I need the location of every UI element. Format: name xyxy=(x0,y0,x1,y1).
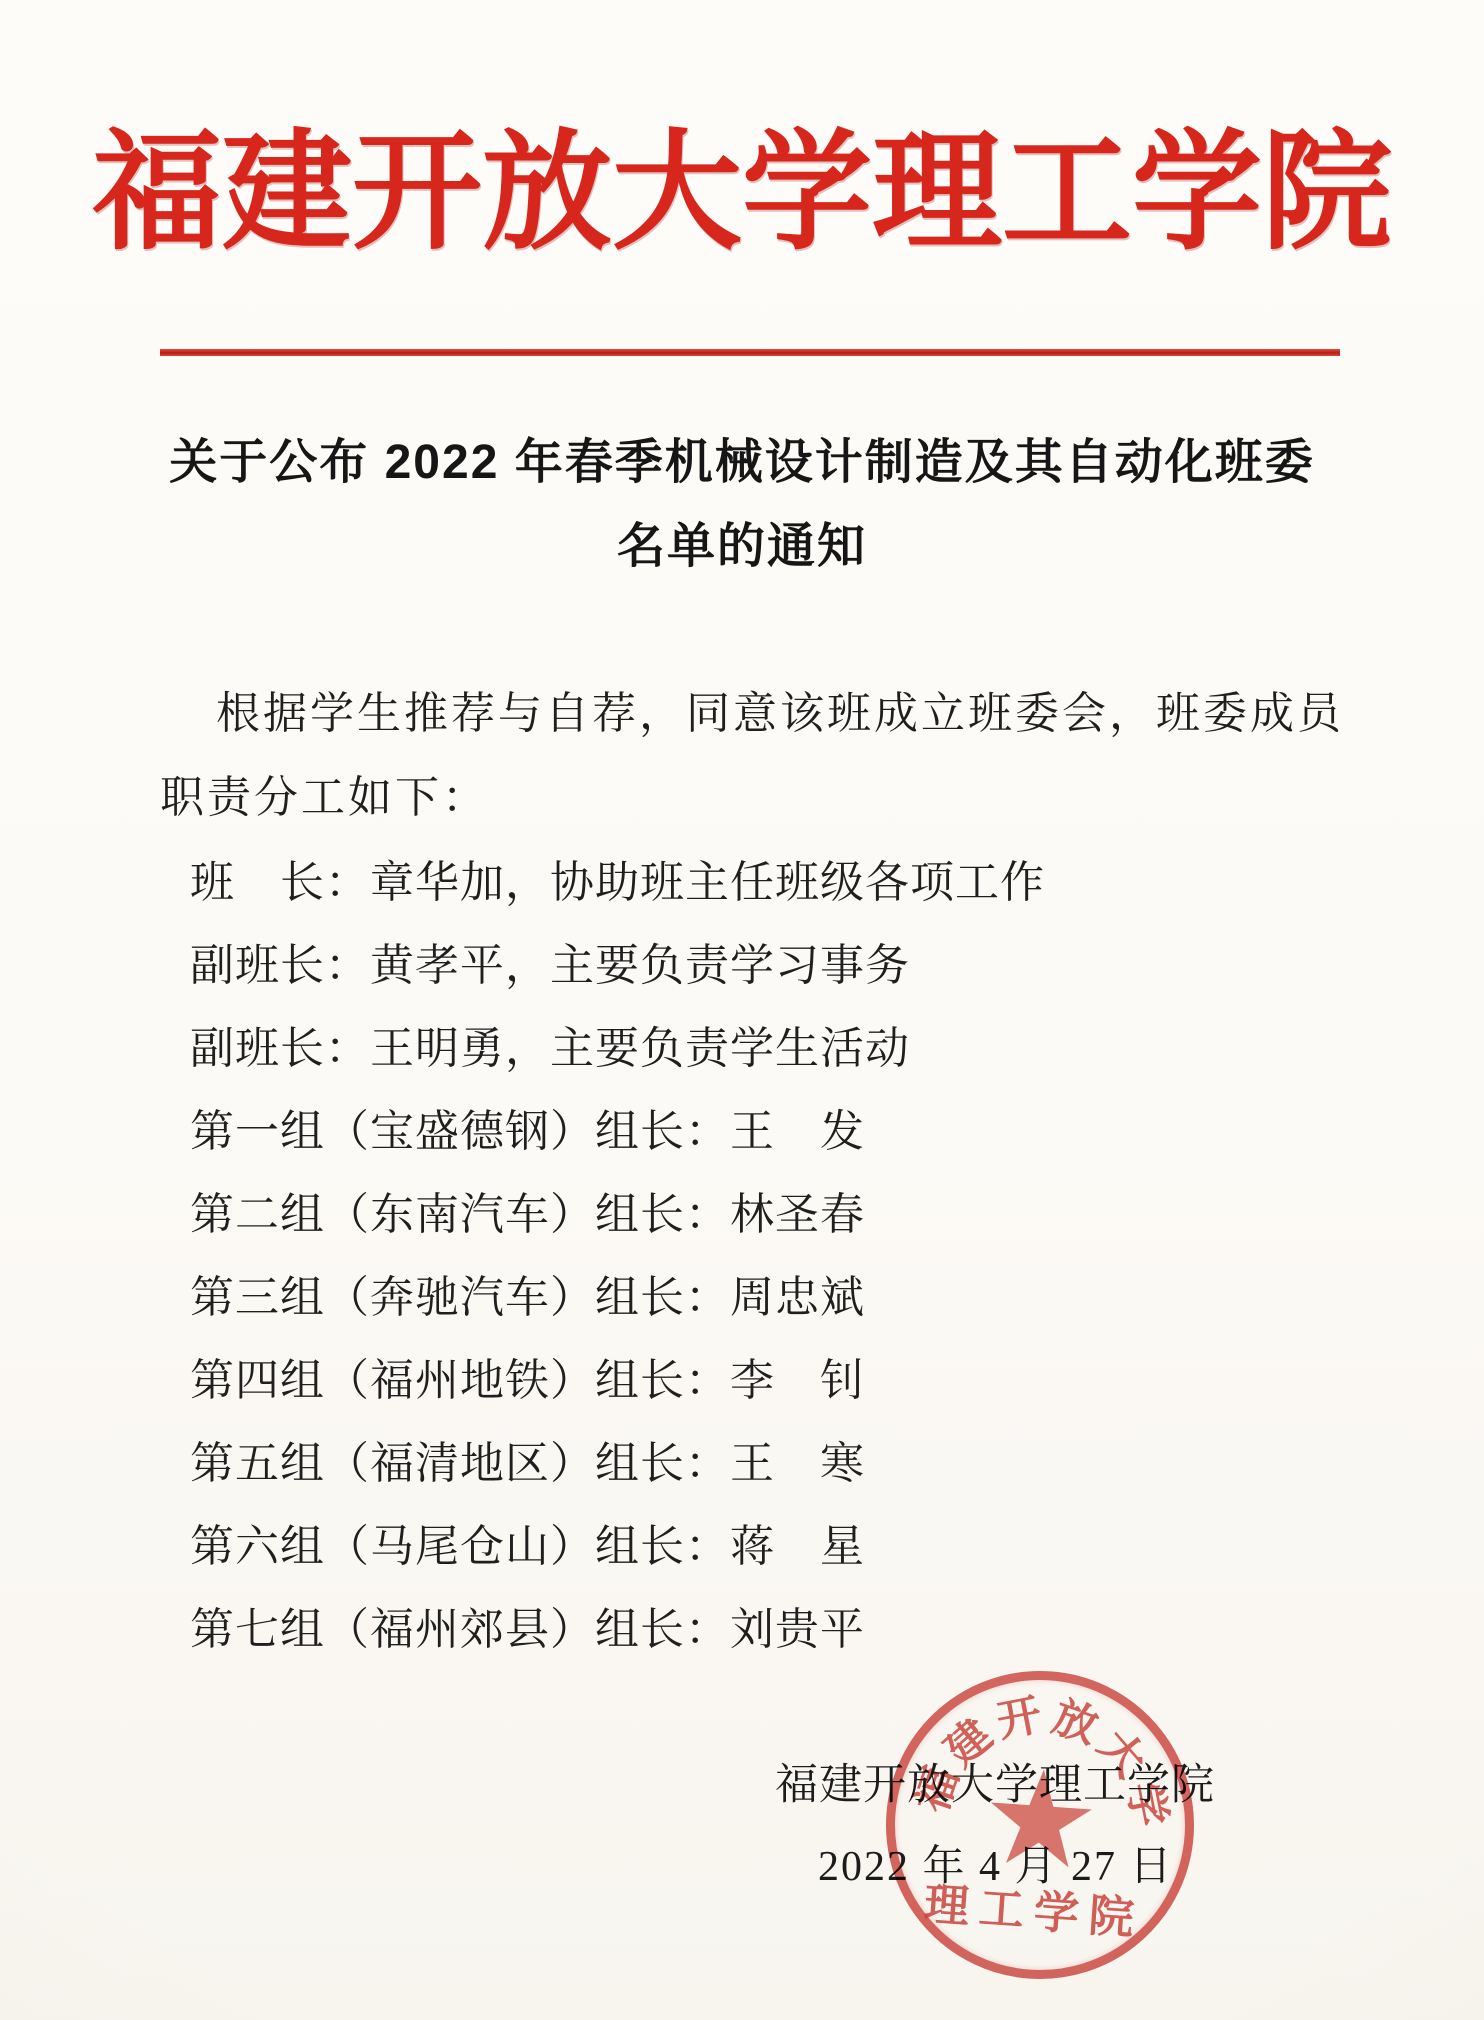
stamp-star-icon: ★ xyxy=(977,1750,1104,1890)
roster-item-group-5: 第五组（福清地区）组长：王 寒 xyxy=(190,1422,1370,1505)
official-stamp: ★ 福 建 开 放 大 学 理工学院 xyxy=(876,1661,1205,1990)
roster-item-group-6: 第六组（马尾仓山）组长：蒋 星 xyxy=(190,1505,1370,1588)
roster-item-group-4: 第四组（福州地铁）组长：李 钊 xyxy=(190,1339,1370,1422)
roster-item-group-1: 第一组（宝盛德钢）组长：王 发 xyxy=(190,1090,1370,1173)
paragraph-line: 根据学生推荐与自荐，同意该班成立班委会，班委成员 xyxy=(160,672,1356,756)
document-page: 福建开放大学理工学院 关于公布 2022 年春季机械设计制造及其自动化班委 名单… xyxy=(0,0,1484,2020)
roster-item-vice-monitor-2: 副班长：王明勇，主要负责学生活动 xyxy=(190,1007,1370,1090)
stamp-arc-char-3: 开 xyxy=(991,1691,1047,1747)
roster-item-group-3: 第三组（奔驰汽车）组长：周忠斌 xyxy=(190,1256,1370,1339)
paragraph-line: 职责分工如下： xyxy=(160,756,1356,840)
notice-title-line-2: 名单的通知 xyxy=(0,521,1484,574)
roster-item-group-2: 第二组（东南汽车）组长：林圣春 xyxy=(190,1173,1370,1256)
opening-paragraph: 根据学生推荐与自荐，同意该班成立班委会，班委成员 职责分工如下： xyxy=(160,672,1356,840)
letterhead-rule xyxy=(160,349,1340,356)
letterhead-org-name: 福建开放大学理工学院 xyxy=(0,118,1484,271)
roster-item-vice-monitor-1: 副班长：黄孝平，主要负责学习事务 xyxy=(190,924,1370,1007)
roster-item-monitor: 班 长：章华加，协助班主任班级各项工作 xyxy=(190,841,1370,924)
committee-roster: 班 长：章华加，协助班主任班级各项工作 副班长：黄孝平，主要负责学习事务 副班长… xyxy=(190,841,1370,1671)
notice-title-line-1: 关于公布 2022 年春季机械设计制造及其自动化班委 xyxy=(0,437,1484,490)
roster-item-group-7: 第七组（福州郊县）组长：刘贵平 xyxy=(190,1588,1370,1671)
stamp-arc-char-6: 学 xyxy=(1118,1776,1174,1832)
